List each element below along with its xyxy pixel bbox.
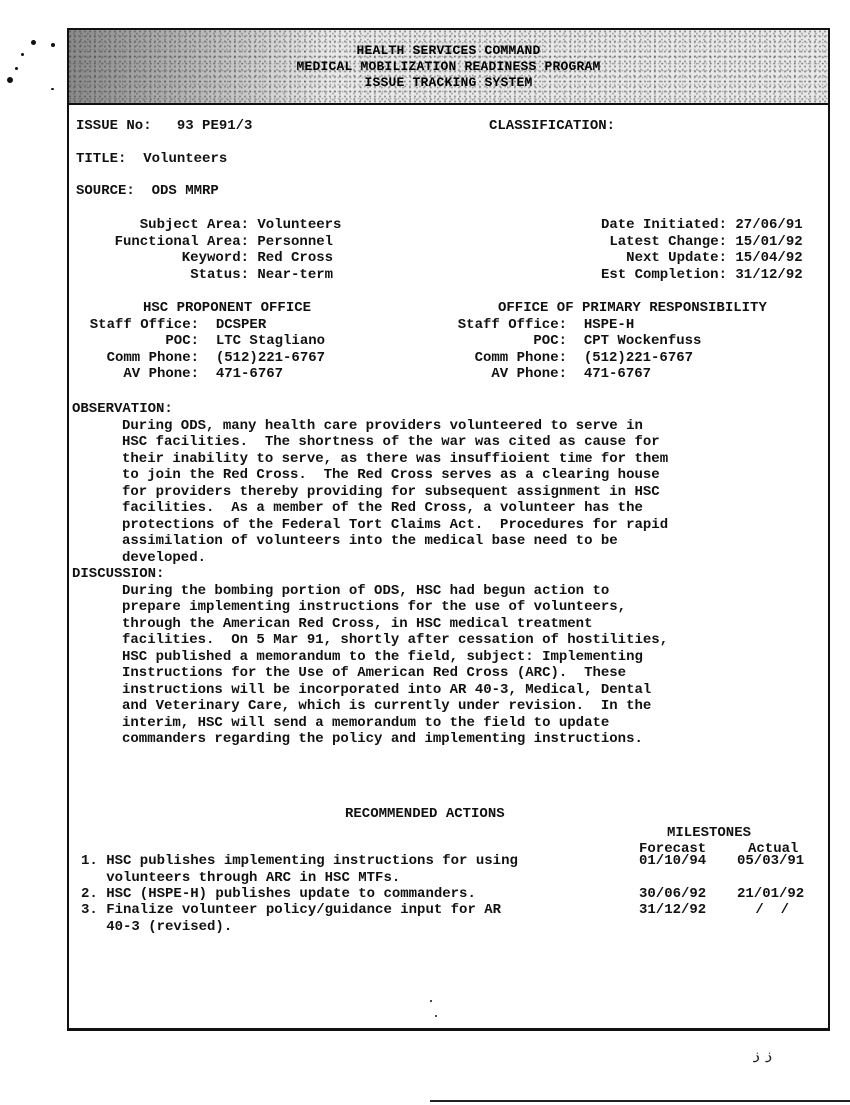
discussion-label: DISCUSSION:	[72, 566, 668, 583]
office-value: (512)221-6767	[216, 350, 325, 366]
primary-responsibility-office: OFFICE OF PRIMARY RESPONSIBILITY Staff O…	[437, 300, 832, 383]
observation-line: for providers thereby providing for subs…	[122, 484, 668, 501]
office-label: AV Phone:	[437, 366, 567, 383]
issue-tracking-form: HEALTH SERVICES COMMAND MEDICAL MOBILIZA…	[67, 28, 830, 1031]
office-label: POC:	[437, 333, 567, 350]
attribute-value: Near-term	[257, 267, 333, 283]
bottom-rule	[430, 1100, 850, 1102]
proponent-office-heading: HSC PROPONENT OFFICE	[69, 300, 429, 317]
recommended-actions-heading: RECOMMENDED ACTIONS	[345, 806, 505, 823]
discussion-line: interim, HSC will send a memorandum to t…	[122, 715, 668, 732]
attribute-label: Functional Area:	[79, 234, 249, 251]
office-label: Comm Phone:	[69, 350, 199, 367]
office-row: POC: CPT Wockenfuss	[437, 333, 832, 350]
discussion-line: commanders regarding the policy and impl…	[122, 731, 668, 748]
date-row: Latest Change: 15/01/92	[559, 234, 803, 251]
scan-speck	[51, 88, 54, 90]
forecast-date: 01/10/94	[639, 853, 706, 870]
scan-speck	[15, 67, 18, 70]
date-value: 15/04/92	[735, 250, 802, 266]
office-row: AV Phone: 471-6767	[437, 366, 832, 383]
office-value: HSPE-H	[584, 317, 634, 333]
observation-line: developed.	[122, 550, 668, 567]
primary-office-heading: OFFICE OF PRIMARY RESPONSIBILITY	[437, 300, 832, 317]
observation-section: OBSERVATION: During ODS, many health car…	[72, 401, 668, 566]
observation-line: HSC facilities. The shortness of the war…	[122, 434, 668, 451]
office-label: Staff Office:	[69, 317, 199, 334]
scan-speck	[31, 40, 36, 45]
attribute-label: Status:	[79, 267, 249, 284]
attribute-value: Volunteers	[257, 217, 341, 233]
observation-body: During ODS, many health care providers v…	[72, 418, 668, 567]
date-value: 27/06/91	[735, 217, 802, 233]
date-label: Next Update:	[559, 250, 727, 267]
date-label: Est Completion:	[559, 267, 727, 284]
discussion-line: HSC published a memorandum to the field,…	[122, 649, 668, 666]
discussion-line: instructions will be incorporated into A…	[122, 682, 668, 699]
date-row: Next Update: 15/04/92	[559, 250, 803, 267]
attribute-row: Keyword: Red Cross	[79, 250, 341, 267]
scan-speck	[430, 1000, 432, 1002]
title-value: Volunteers	[143, 151, 227, 167]
office-label: Comm Phone:	[437, 350, 567, 367]
action-item: 3. Finalize volunteer policy/guidance in…	[81, 902, 501, 935]
observation-line: assimilation of volunteers into the medi…	[122, 533, 668, 550]
action-line: 2. HSC (HSPE-H) publishes update to comm…	[81, 886, 476, 903]
discussion-section: DISCUSSION: During the bombing portion o…	[72, 566, 668, 748]
action-line: volunteers through ARC in HSC MTFs.	[81, 870, 518, 887]
office-row: Comm Phone: (512)221-6767	[69, 350, 429, 367]
date-label: Latest Change:	[559, 234, 727, 251]
header-line-1: HEALTH SERVICES COMMAND	[69, 43, 828, 59]
attribute-row: Functional Area: Personnel	[79, 234, 341, 251]
office-value: 471-6767	[216, 366, 283, 382]
discussion-line: and Veterinary Care, which is currently …	[122, 698, 668, 715]
discussion-line: Instructions for the Use of American Red…	[122, 665, 668, 682]
action-line: 3. Finalize volunteer policy/guidance in…	[81, 902, 501, 919]
date-value: 31/12/92	[735, 267, 802, 283]
office-value: LTC Stagliano	[216, 333, 325, 349]
action-item: 2. HSC (HSPE-H) publishes update to comm…	[81, 886, 476, 903]
scan-speck	[21, 53, 24, 56]
office-value: DCSPER	[216, 317, 266, 333]
observation-line: to join the Red Cross. The Red Cross ser…	[122, 467, 668, 484]
attribute-label: Subject Area:	[79, 217, 249, 234]
observation-line: their inability to serve, as there was i…	[122, 451, 668, 468]
observation-line: protections of the Federal Tort Claims A…	[122, 517, 668, 534]
office-value: (512)221-6767	[584, 350, 693, 366]
date-row: Date Initiated: 27/06/91	[559, 217, 803, 234]
office-label: Staff Office:	[437, 317, 567, 334]
form-header-titles: HEALTH SERVICES COMMAND MEDICAL MOBILIZA…	[69, 43, 828, 91]
header-line-3: ISSUE TRACKING SYSTEM	[69, 75, 828, 91]
action-item: 1. HSC publishes implementing instructio…	[81, 853, 518, 886]
office-row: Staff Office: DCSPER	[69, 317, 429, 334]
scan-speck	[51, 43, 55, 47]
attribute-label: Keyword:	[79, 250, 249, 267]
discussion-line: prepare implementing instructions for th…	[122, 599, 668, 616]
attributes-right: Date Initiated: 27/06/91 Latest Change: …	[559, 217, 803, 283]
office-label: POC:	[69, 333, 199, 350]
form-header-banner: HEALTH SERVICES COMMAND MEDICAL MOBILIZA…	[69, 30, 828, 105]
action-line: 40-3 (revised).	[81, 919, 501, 936]
observation-label: OBSERVATION:	[72, 401, 668, 418]
handwritten-page-mark: ﺫ ﺫ	[752, 1047, 771, 1066]
date-row: Est Completion: 31/12/92	[559, 267, 803, 284]
issue-no-value: 93 PE91/3	[177, 118, 253, 134]
action-line: 1. HSC publishes implementing instructio…	[81, 853, 518, 870]
office-row: POC: LTC Stagliano	[69, 333, 429, 350]
observation-line: During ODS, many health care providers v…	[122, 418, 668, 435]
issue-no-row: ISSUE No: 93 PE91/3	[76, 118, 252, 135]
office-value: 471-6767	[584, 366, 651, 382]
proponent-office: HSC PROPONENT OFFICE Staff Office: DCSPE…	[69, 300, 429, 383]
attributes-left: Subject Area: Volunteers Functional Area…	[79, 217, 341, 283]
source-label: SOURCE:	[76, 183, 135, 199]
forecast-date: 30/06/92	[639, 886, 706, 903]
classification-row: CLASSIFICATION:	[489, 118, 623, 135]
header-line-2: MEDICAL MOBILIZATION READINESS PROGRAM	[69, 59, 828, 75]
discussion-line: During the bombing portion of ODS, HSC h…	[122, 583, 668, 600]
scan-speck	[435, 1015, 437, 1017]
attribute-row: Subject Area: Volunteers	[79, 217, 341, 234]
milestones-heading: MILESTONES	[667, 825, 751, 842]
office-label: AV Phone:	[69, 366, 199, 383]
date-value: 15/01/92	[735, 234, 802, 250]
source-row: SOURCE: ODS MMRP	[76, 183, 219, 200]
date-label: Date Initiated:	[559, 217, 727, 234]
discussion-line: through the American Red Cross, in HSC m…	[122, 616, 668, 633]
discussion-line: facilities. On 5 Mar 91, shortly after c…	[122, 632, 668, 649]
actual-date: 21/01/92	[737, 886, 804, 903]
actual-date: 05/03/91	[737, 853, 804, 870]
attribute-value: Red Cross	[257, 250, 333, 266]
actual-date: / /	[747, 902, 789, 919]
discussion-body: During the bombing portion of ODS, HSC h…	[72, 583, 668, 748]
title-label: TITLE:	[76, 151, 126, 167]
title-row: TITLE: Volunteers	[76, 151, 227, 168]
forecast-date: 31/12/92	[639, 902, 706, 919]
source-value: ODS MMRP	[152, 183, 219, 199]
office-value: CPT Wockenfuss	[584, 333, 702, 349]
attribute-value: Personnel	[257, 234, 333, 250]
office-row: Comm Phone: (512)221-6767	[437, 350, 832, 367]
classification-label: CLASSIFICATION:	[489, 118, 615, 134]
office-row: AV Phone: 471-6767	[69, 366, 429, 383]
observation-line: facilities. As a member of the Red Cross…	[122, 500, 668, 517]
office-row: Staff Office: HSPE-H	[437, 317, 832, 334]
attribute-row: Status: Near-term	[79, 267, 341, 284]
scan-speck	[7, 77, 13, 83]
issue-no-label: ISSUE No:	[76, 118, 152, 134]
